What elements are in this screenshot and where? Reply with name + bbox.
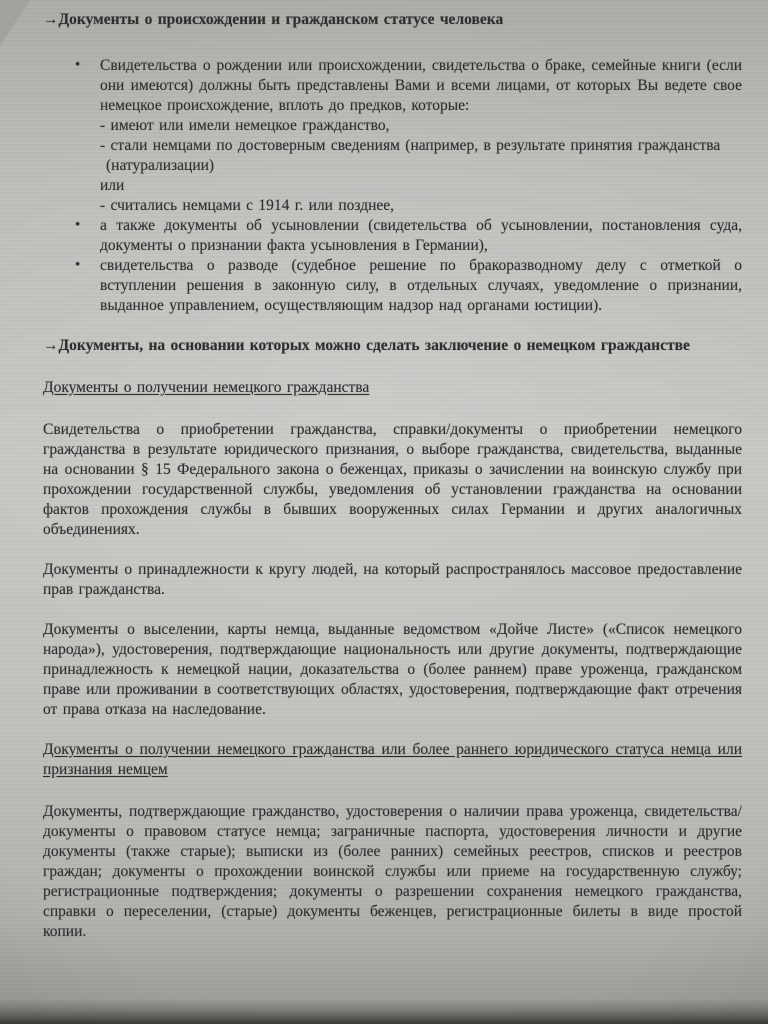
- list-item: • а также документы об усыновлении (свид…: [43, 216, 742, 256]
- bullet-intro-text: Свидетельства о рождении или происхожден…: [100, 56, 742, 116]
- paragraph-status-documents: Документы, подтверждающие гражданство, у…: [43, 802, 742, 942]
- paragraph-mass-grant: Документы о принадлежности к кругу людей…: [43, 560, 742, 600]
- section-heading-citizenship-conclusion: →Документы, на основании которых можно с…: [43, 336, 742, 356]
- bullet-text: свидетельства о разводе (судебное решени…: [100, 256, 742, 316]
- bullet-icon: •: [75, 255, 80, 275]
- photo-bottom-edge-shadow: [0, 998, 768, 1024]
- subheading-citizenship-acquisition: Документы о получении немецкого гражданс…: [43, 378, 742, 398]
- photographed-document-page: →Документы о происхождении и гражданском…: [0, 0, 768, 1024]
- list-item: • свидетельства о разводе (судебное реше…: [43, 256, 742, 316]
- paragraph-resettlement-documents: Документы о выселении, карты немца, выда…: [43, 620, 742, 720]
- section-heading-origin: →Документы о происхождении и гражданском…: [43, 10, 742, 30]
- list-item: • Свидетельства о рождении или происхожд…: [43, 56, 742, 216]
- photo-background: { "photo": { "paper_color": "#c8c7c4", "…: [0, 0, 768, 1024]
- bullet-text: а также документы об усыновлении (свидет…: [100, 216, 742, 256]
- subheading-legal-status: Документы о получении немецкого гражданс…: [43, 740, 742, 780]
- bullet-icon: •: [75, 55, 80, 75]
- bullet-subline: - стали немцами по достоверным сведениям…: [100, 136, 742, 176]
- origin-documents-list: • Свидетельства о рождении или происхожд…: [43, 56, 742, 316]
- paragraph-citizenship-acquisition: Свидетельства о приобретении гражданства…: [43, 420, 742, 540]
- bullet-subline: или: [100, 176, 742, 196]
- bullet-icon: •: [75, 215, 80, 235]
- bullet-subline: - считались немцами с 1914 г. или поздне…: [100, 196, 742, 216]
- document-content: →Документы о происхождении и гражданском…: [0, 0, 768, 942]
- bullet-subline: - имеют или имели немецкое гражданство,: [100, 116, 742, 136]
